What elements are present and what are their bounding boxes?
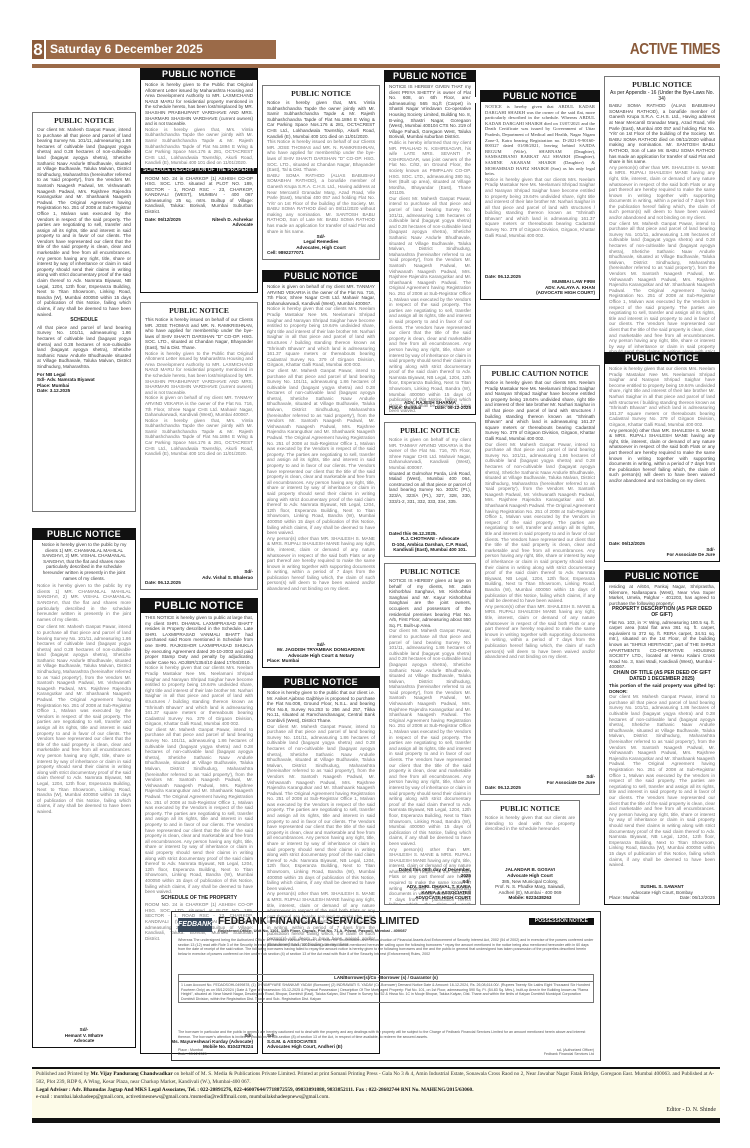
notice-title: PUBLIC NOTICE <box>485 804 575 814</box>
notice-body-continued: Our client Mr. Mahesh Ganpat Pawar, inte… <box>609 694 715 867</box>
notice-body: Notice is given on behalf of my client M… <box>389 437 471 471</box>
notice-body-continued: BABU SOMA RATHOD (ALIAS BABUBHAI SOMABHA… <box>267 173 375 235</box>
signature-line: (ADVOCATE HIGH COURT) <box>485 290 595 296</box>
signature-line: Prof. N. S. Phadke Marg, Saiwadi, <box>485 884 575 890</box>
borrower-table: LAN/Borrower(s)/Co - Borrower (s) / Guar… <box>178 974 594 1003</box>
notice-body-continued: Our client Mr. Mahesh Ganpat Pawar, inte… <box>145 727 253 895</box>
notice-body: Our client Mr. Mahesh Ganpat Pawar, inte… <box>37 127 131 317</box>
notice-title: PUBLIC NOTICE <box>609 80 715 90</box>
fedbank-intro: Whereas The undersigned being the Author… <box>178 938 594 956</box>
signature-line: Date: 06.12.2025 <box>485 785 595 791</box>
notice-date: Date: 06/12/2025 <box>145 217 181 228</box>
borrower-table-row: 1 Loan Account No. FEDADSOHL0499878, (1)… <box>179 982 593 1002</box>
notice-achrekar: PUBLIC NOTICE Notice is hereby given to … <box>140 68 258 293</box>
notice-shaikh: PUBLIC NOTICE NOTICE is hereby given tha… <box>480 90 600 300</box>
notice-body: Any person(s) other than MR. SHAILESH S.… <box>609 428 715 484</box>
masthead: 8 Saturday 6 December 2025 ACTIVE TIMES <box>32 40 720 62</box>
notice-body: THIS NOTICE is hereby given to public at… <box>145 615 253 665</box>
notice-shah <box>384 0 392 6</box>
notice-body: This Notice is hereby issued on behalf o… <box>145 317 253 351</box>
notice-title: PUBLIC NOTICE <box>267 89 375 99</box>
notice-body-continued: Our client Mr. Mahesh Ganpat Pawar, inte… <box>37 624 131 814</box>
notice-body-continued: Notice is hereby given that, Mrs. Vimla … <box>145 127 253 166</box>
notice-body: Notice is given on behalf of my client M… <box>267 284 375 306</box>
notice-body-continued: Notice is hereby given that, Mrs. Vimla … <box>145 418 253 457</box>
signature-line: ADVOCATE HIGH COURT <box>389 895 471 901</box>
notice-subtitle: As per Appendix - 16 (Under the Bye-Laws… <box>609 91 715 102</box>
notice-tapde: PUBLIC NOTICE Notice is hereby given tha… <box>262 85 380 260</box>
notice-body: Notice is hereby given that our clients … <box>485 380 595 442</box>
notice-title: PUBLIC NOTICE <box>145 306 253 316</box>
fedbank-date: Date : 03.12.2025 <box>178 1052 207 1057</box>
notice-body-continued: Our client Mr. Mahesh Ganpat Pawar, inte… <box>389 196 471 414</box>
notice-body-continued: Our client Mr. Mahesh Ganpat Pawar, inte… <box>267 724 375 892</box>
notice-body-continued: Notice is hereby given to the public by … <box>37 583 131 622</box>
editor-credit: Editor - D. N. Shinde <box>666 1107 716 1115</box>
fedbank-caution: The borrower in particular and the publi… <box>178 1030 594 1039</box>
notice-body-continued: This Notice is hereby issued on behalf o… <box>267 139 375 173</box>
notice-body: NOTICE IS HEREBY given at large on behal… <box>389 578 471 628</box>
fedbank-logo: FEDBANK <box>178 918 212 932</box>
signature-line: Mr. JAGDISH TRYAMBAK DONGARDIVE <box>267 647 375 653</box>
signature-line: R.J. CHOTHANI - Advocate <box>389 536 471 542</box>
notice-body-continued: Our client Mr. Mahesh Ganpat Pawar, inte… <box>485 442 595 604</box>
notice-title: PUBLIC NOTICE <box>37 116 131 126</box>
imprint-rule-bottom <box>32 1118 720 1123</box>
notice-sanghvi: PUBLIC NOTICE Notice is hereby given to … <box>32 528 136 1048</box>
notice-body: NOTICE IS HEREBY GIVEN THAT my client PR… <box>389 84 471 140</box>
notice-body-continued: Any person(s) other than MR. SHAILESH S.… <box>267 536 375 592</box>
notice-vekaria: PUBLIC NOTICE Notice is given on behalf … <box>262 270 380 668</box>
signature-line: Place: Mumbai <box>267 658 375 664</box>
signature-line: Mobile: 9223438263 <box>485 895 575 901</box>
chain-heading: CHAIN OF TITLE (AS PER DEED OF GIFT DATE… <box>609 671 715 682</box>
fedbank-title: FEDBANK FINANCIAL SERVICES LIMITED <box>218 916 419 928</box>
page-number: 8 <box>32 40 44 59</box>
notice-title: PUBLIC NOTICE <box>141 599 257 613</box>
legal-advisor: Legal Advisor : Adv. Bhanudas Jagtap And… <box>36 1087 474 1093</box>
schedule-body: Flat No. 103, in 'A' Wing, admeasuring 1… <box>609 620 715 670</box>
signature-line: Date: 06.12.2025 <box>145 580 253 586</box>
signature-line: D-104, Ambica Darshan, C.P. Road, Kandiv… <box>389 542 471 553</box>
schedule-heading: PROPERTY DESCRIPTION (AS PER DEED OF GIF… <box>609 607 715 618</box>
notice-body-continued: Our client Mr. Mahesh Ganpat Pawar, inte… <box>267 368 375 536</box>
notice-title: PUBLIC NOTICE <box>385 71 475 82</box>
chain-body: This portion of the said property was gi… <box>609 683 715 694</box>
signature-line: Date: 3.12.2025 <box>37 388 131 394</box>
notice-body-continued: Notice is hereby given that our clients … <box>145 665 253 727</box>
notice-body-continued: Notice is given on behalf of my client M… <box>145 395 253 417</box>
fedbank-possession-notice: FEDBANK FEDBANK FINANCIAL SERVICES LIMIT… <box>171 911 601 1061</box>
signature-line: Date: 06-12-2025 <box>435 405 471 411</box>
notice-body-continued: Notice is hereby given to the Public tha… <box>145 351 253 396</box>
schedule-body: ROOM NO. 24 in CHARKOP (1) ASHISH CO-OP … <box>145 176 253 215</box>
schedule-heading: SCHEDULE DESCRIPTION OF THE PROPERTY <box>141 168 257 174</box>
notice-body: Notice is hereby given to the Public tha… <box>145 82 253 127</box>
notice-thomas: PUBLIC NOTICE This Notice is hereby issu… <box>140 302 258 590</box>
signature-title: Advocate <box>232 222 253 227</box>
notice-title: PUBLIC NOTICE <box>605 353 719 364</box>
notice-shetty: PUBLIC NOTICE NOTICE IS HEREBY GIVEN THA… <box>384 70 476 415</box>
notice-title: PUBLIC NOTICE <box>263 677 379 688</box>
notice-title: PUBLIC NOTICE <box>605 571 719 582</box>
contact-emails: e-mail : mumbai.lakshadeep@gmail.com, ac… <box>36 1094 330 1100</box>
notice-body: Notice is hereby given to the public by … <box>37 542 131 581</box>
possession-notice-badge: POSSESSION NOTICE <box>529 918 594 925</box>
notice-saigher: PUBLIC CAUTION NOTICE Notice is hereby g… <box>480 365 600 795</box>
notice-body: BABU SOMA RATHOD (ALIAS BABUBHAI SOMABHA… <box>609 103 715 165</box>
signature-line: Place: Mumbai <box>389 405 421 411</box>
notice-title: PUBLIC NOTICE <box>389 567 471 577</box>
notice-body-continued: Notice is hereby given that our clients … <box>267 306 375 368</box>
notice-body-continued: Public is hereby informed that my client… <box>389 140 471 196</box>
notice-title: PUBLIC NOTICE <box>481 91 599 102</box>
notice-title: PUBLIC NOTICE <box>389 426 471 436</box>
signature-line: Place: Mumbai <box>609 895 639 901</box>
notice-pawar: PUBLIC NOTICE Our client Mr. Mahesh Ganp… <box>32 112 136 512</box>
notice-body-continued: Any person(s) other than MR. SHAILESH S.… <box>609 165 715 221</box>
imprint-prefix: Published and Printed by <box>36 1071 90 1077</box>
notice-chothani: PUBLIC NOTICE Notice is given on behalf … <box>384 422 476 557</box>
schedule-heading: SCHEDULE OF THE PROPERTY <box>145 896 253 902</box>
registered-office: Registered Office: Unit No. 1101, 11th F… <box>218 928 407 933</box>
signature-line: Advocate <box>37 1038 131 1044</box>
signature-name: Nitesh D. Achrekar <box>212 217 253 222</box>
imprint-line: Published and Printed by Mr. Vijay Pandu… <box>32 1069 720 1118</box>
borrower-table-header: LAN/Borrower(s)/Co - Borrower (s) / Guar… <box>179 975 593 982</box>
notice-gosavi: PUBLIC NOTICE Notice is hereby given tha… <box>480 800 580 905</box>
masthead-rule <box>32 64 720 68</box>
notice-title: PUBLIC CAUTION NOTICE <box>485 369 595 379</box>
notice-mane: PUBLIC NOTICE Notice is hereby given tha… <box>604 352 720 562</box>
signature-line: For Associate De Jure <box>609 552 715 558</box>
notice-title: PUBLIC NOTICE <box>33 529 135 540</box>
notice-body: Notice is hereby given that our clients … <box>485 815 575 832</box>
newspaper-brand: ACTIVE TIMES <box>630 40 720 59</box>
notice-title: PUBLIC NOTICE <box>141 69 257 80</box>
issue-date: Saturday 6 December 2025 <box>46 40 276 59</box>
notice-body-continued: Notice is hereby given that our clients … <box>485 177 595 239</box>
notice-body-continued: Our client Mr. Mahesh Ganpat Pawar, inte… <box>389 628 471 846</box>
publisher-name: Mr. Vijay Pandurang Chandwadkar <box>90 1071 172 1077</box>
notice-body-continued: Notice is hereby given that our clients … <box>609 366 715 428</box>
notice-body: Notice is hereby given that, Mrs. Vimla … <box>267 100 375 139</box>
notice-farah: PUBLIC NOTICE residing at A/604, Pankaj … <box>604 570 720 905</box>
signature-line: Dated this 06th day of December, 2025 <box>389 867 471 878</box>
notice-body: Notice is hereby given to the public tha… <box>267 690 375 724</box>
notice-body: residing at A/604, Pankaj Nagar, Shripra… <box>609 584 715 606</box>
notice-title: PUBLIC NOTICE <box>263 271 379 282</box>
schedule-body: All that piece and parcel of land bearin… <box>37 325 131 370</box>
notice-body: NOTICE is hereby given that ABDUL KADAR … <box>485 104 595 177</box>
schedule-heading: SCHEDULE <box>37 318 131 324</box>
signature-line: Date: 06/12/2025 <box>680 895 715 901</box>
signature-line: Cell: 9892277071 <box>267 250 375 256</box>
fedbank-signatory-org: Fedbank Financial Services Ltd <box>544 1052 594 1057</box>
notice-body-continued: Any person(s) other than MR. SHAILESH S.… <box>485 604 595 660</box>
notice-body: situated at Gulmohar Parda, Link Road, M… <box>389 471 471 505</box>
notice-karia: PUBLIC NOTICE NOTICE IS HEREBY given at … <box>384 563 476 905</box>
